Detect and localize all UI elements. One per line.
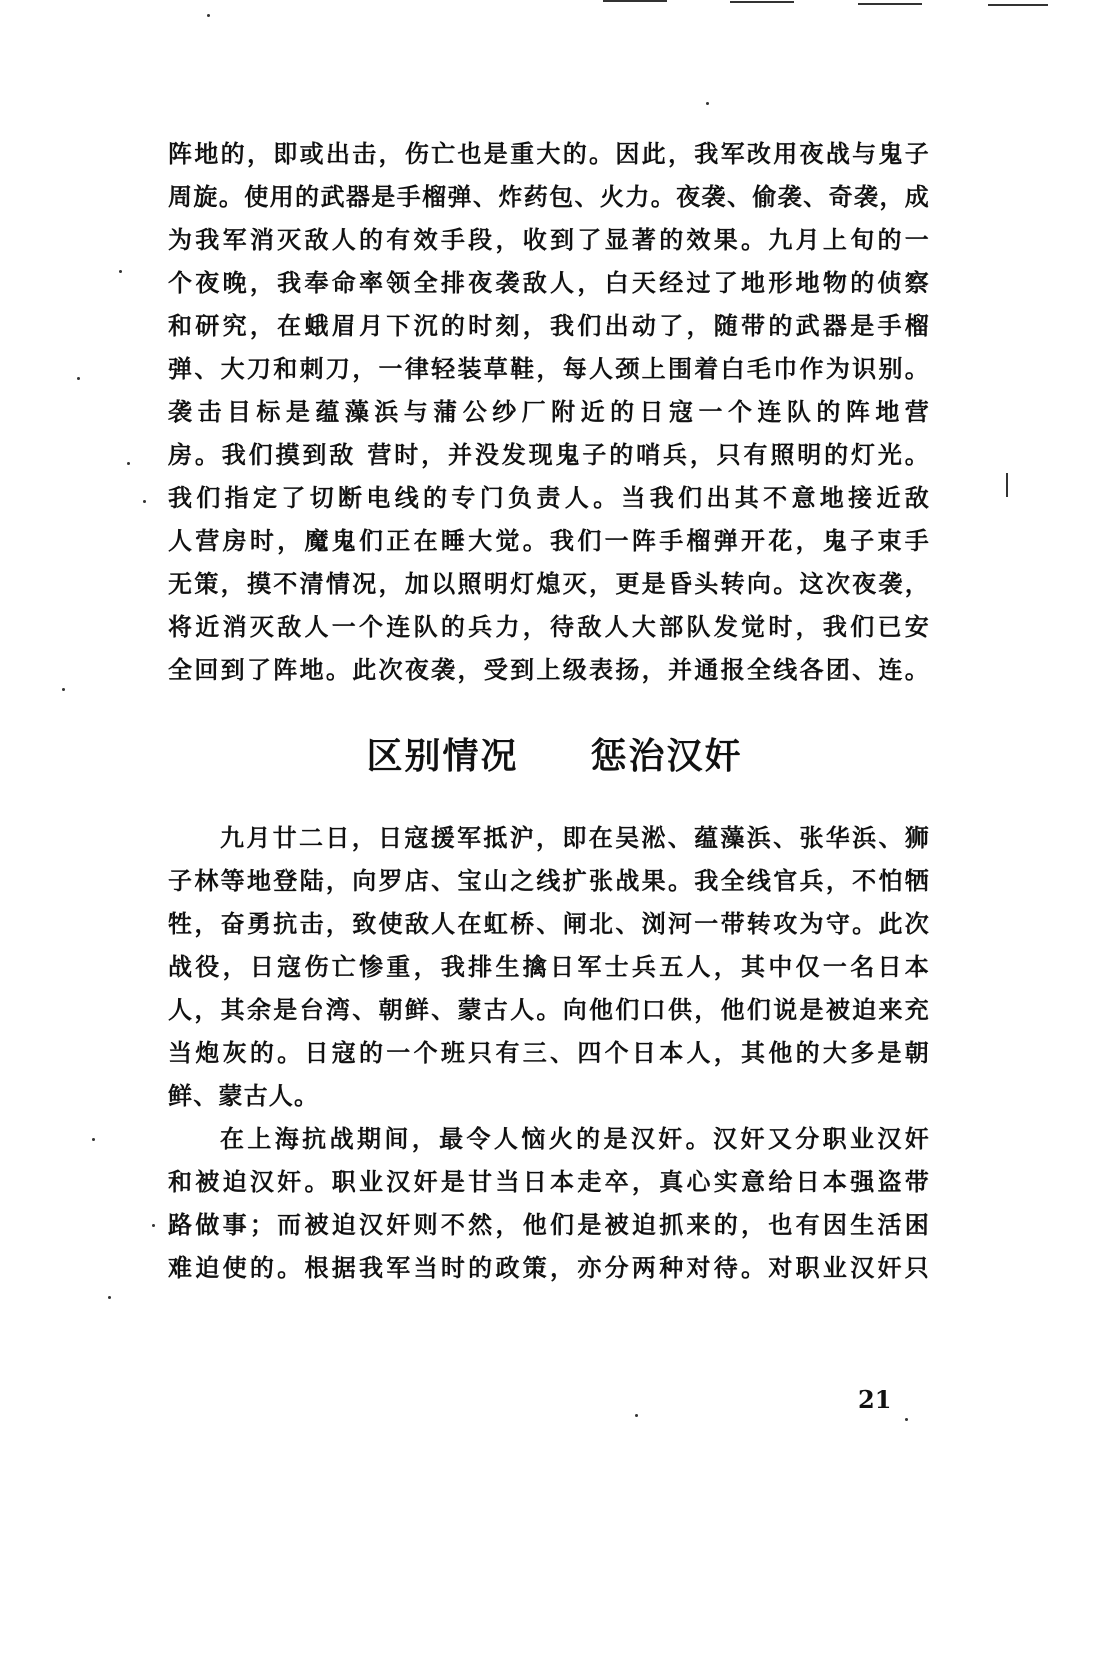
text-line: 九月廿二日，日寇援军抵沪，即在吴淞、蕴藻浜、张华浜、狮: [168, 817, 930, 860]
scan-edge-rule: [603, 0, 667, 2]
text-line: 房。我们摸到敌 营时，并没发现鬼子的哨兵，只有照明的灯光。: [168, 434, 930, 477]
paragraph-enemy-reinforcements: 九月廿二日，日寇援军抵沪，即在吴淞、蕴藻浜、张华浜、狮 子林等地登陆，向罗店、宝…: [168, 817, 930, 1118]
scan-speck: [108, 1296, 111, 1299]
text-line: 人，其余是台湾、朝鲜、蒙古人。向他们口供，他们说是被迫来充: [168, 989, 930, 1032]
text-line: 人营房时，魔鬼们正在睡大觉。我们一阵手榴弹开花，鬼子束手: [168, 520, 930, 563]
scan-speck: [92, 1138, 95, 1141]
scan-edge-rule: [730, 1, 794, 3]
text-line: 当炮灰的。日寇的一个班只有三、四个日本人，其他的大多是朝: [168, 1032, 930, 1075]
text-line: 子林等地登陆，向罗店、宝山之线扩张战果。我全线官兵，不怕牺: [168, 860, 930, 903]
text-line: 为我军消灭敌人的有效手段，收到了显著的效果。九月上旬的一: [168, 219, 930, 262]
scan-speck: [905, 1418, 908, 1421]
paragraph-traitors: 在上海抗战期间，最令人恼火的是汉奸。汉奸又分职业汉奸 和被迫汉奸。职业汉奸是甘当…: [168, 1118, 930, 1290]
scan-speck: [143, 500, 146, 503]
text-line: 个夜晚，我奉命率领全排夜袭敌人，白天经过了地形地物的侦察: [168, 262, 930, 305]
text-line: 战役，日寇伤亡惨重，我排生擒日军士兵五人，其中仅一名日本: [168, 946, 930, 989]
text-line: 全回到了阵地。此次夜袭，受到上级表扬，并通报全线各团、连。: [168, 649, 930, 692]
scan-speck: [635, 1414, 638, 1417]
scan-speck: [207, 14, 210, 17]
scan-speck: [77, 377, 80, 380]
scan-mark: [1006, 473, 1008, 497]
scan-speck: [152, 1224, 155, 1227]
scan-edge-rule: [988, 4, 1048, 6]
text-line: 和研究，在蛾眉月下沉的时刻，我们出动了，随带的武器是手榴: [168, 305, 930, 348]
section-heading: 区别情况惩治汉奸: [0, 728, 1109, 779]
text-line: 将近消灭敌人一个连队的兵力，待敌人大部队发觉时，我们已安: [168, 606, 930, 649]
page-number: 21: [858, 1385, 891, 1414]
section-heading-part1: 区别情况: [366, 736, 518, 777]
text-line: 路做事；而被迫汉奸则不然，他们是被迫抓来的，也有因生活困: [168, 1204, 930, 1247]
scan-edge-rule: [858, 3, 922, 5]
scan-speck: [119, 270, 122, 273]
text-line: 周旋。使用的武器是手榴弹、炸药包、火力。夜袭、偷袭、奇袭，成: [168, 176, 930, 219]
scan-speck: [127, 462, 130, 465]
text-line: 阵地的，即或出击，伤亡也是重大的。因此，我军改用夜战与鬼子: [168, 133, 930, 176]
text-line: 袭击目标是蕴藻浜与蒲公纱厂附近的日寇一个连队的阵地营: [168, 391, 930, 434]
text-line: 在上海抗战期间，最令人恼火的是汉奸。汉奸又分职业汉奸: [168, 1118, 930, 1161]
scan-speck: [62, 688, 65, 691]
book-page: 阵地的，即或出击，伤亡也是重大的。因此，我军改用夜战与鬼子 周旋。使用的武器是手…: [0, 0, 1109, 1663]
text-line: 牲，奋勇抗击，致使敌人在虹桥、闸北、浏河一带转攻为守。此次: [168, 903, 930, 946]
text-line: 鲜、蒙古人。: [168, 1075, 930, 1118]
text-line: 我们指定了切断电线的专门负责人。当我们出其不意地接近敌: [168, 477, 930, 520]
text-line: 和被迫汉奸。职业汉奸是甘当日本走卒，真心实意给日本强盗带: [168, 1161, 930, 1204]
text-line: 难迫使的。根据我军当时的政策，亦分两种对待。对职业汉奸只: [168, 1247, 930, 1290]
paragraph-night-raid: 阵地的，即或出击，伤亡也是重大的。因此，我军改用夜战与鬼子 周旋。使用的武器是手…: [168, 133, 930, 692]
text-line: 无策，摸不清情况，加以照明灯熄灭，更是昏头转向。这次夜袭，: [168, 563, 930, 606]
section-heading-part2: 惩治汉奸: [591, 736, 743, 777]
scan-speck: [706, 102, 709, 105]
text-line: 弹、大刀和刺刀，一律轻装草鞋，每人颈上围着白毛巾作为识别。: [168, 348, 930, 391]
